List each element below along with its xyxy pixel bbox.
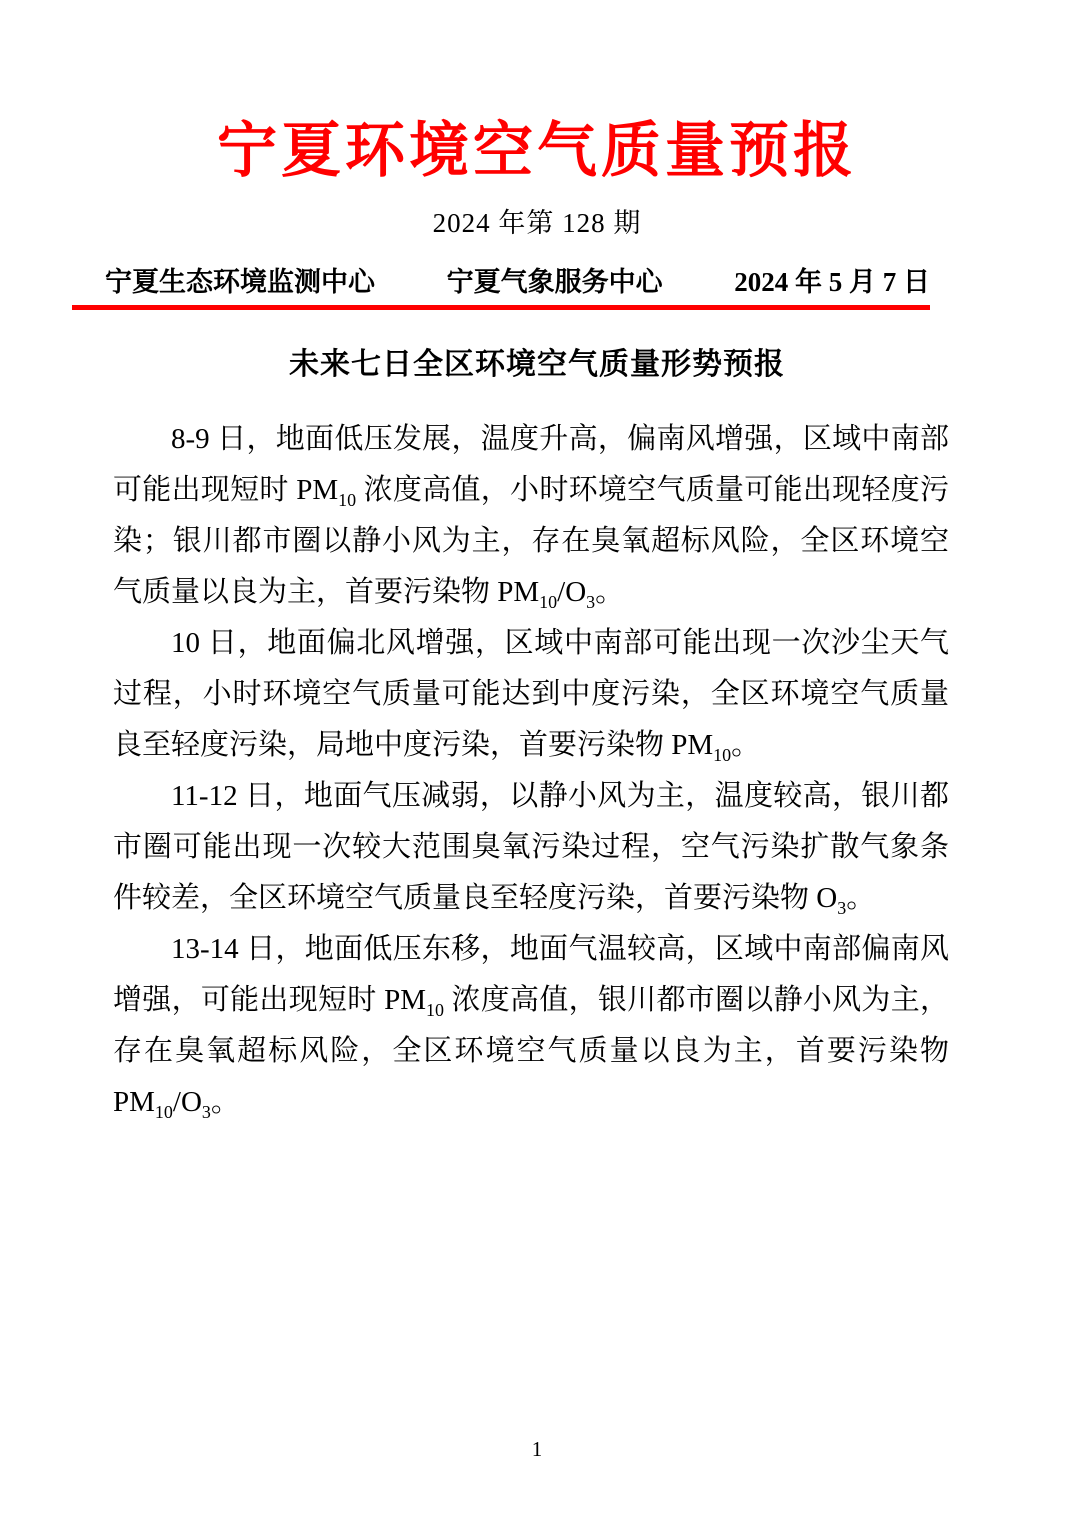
section-title: 未来七日全区环境空气质量形势预报	[0, 346, 1074, 384]
masthead: 宁夏生态环境监测中心 宁夏气象服务中心 2024 年 5 月 7 日	[105, 266, 930, 298]
forecast-paragraph-1: 8-9 日，地面低压发展，温度升高，偏南风增强，区域中南部可能出现短时 PM10…	[113, 414, 949, 618]
forecast-paragraph-3: 11-12 日，地面气压减弱，以静小风为主，温度较高，银川都市圈可能出现一次较大…	[113, 771, 949, 924]
page-number: 1	[0, 1437, 1074, 1462]
forecast-body: 8-9 日，地面低压发展，温度升高，偏南风增强，区域中南部可能出现短时 PM10…	[113, 414, 949, 1128]
forecast-paragraph-4: 13-14 日，地面低压东移，地面气温较高，区域中南部偏南风增强，可能出现短时 …	[113, 924, 949, 1128]
document-title: 宁夏环境空气质量预报	[0, 0, 1074, 190]
agency-left: 宁夏生态环境监测中心	[105, 266, 375, 298]
document-page: 宁夏环境空气质量预报 2024 年第 128 期 宁夏生态环境监测中心 宁夏气象…	[0, 0, 1074, 1520]
issue-date: 2024 年 5 月 7 日	[734, 266, 930, 298]
issue-number: 2024 年第 128 期	[0, 206, 1074, 240]
red-divider-rule	[72, 305, 930, 310]
forecast-paragraph-2: 10 日，地面偏北风增强，区域中南部可能出现一次沙尘天气过程，小时环境空气质量可…	[113, 618, 949, 771]
agency-center: 宁夏气象服务中心	[447, 266, 663, 298]
